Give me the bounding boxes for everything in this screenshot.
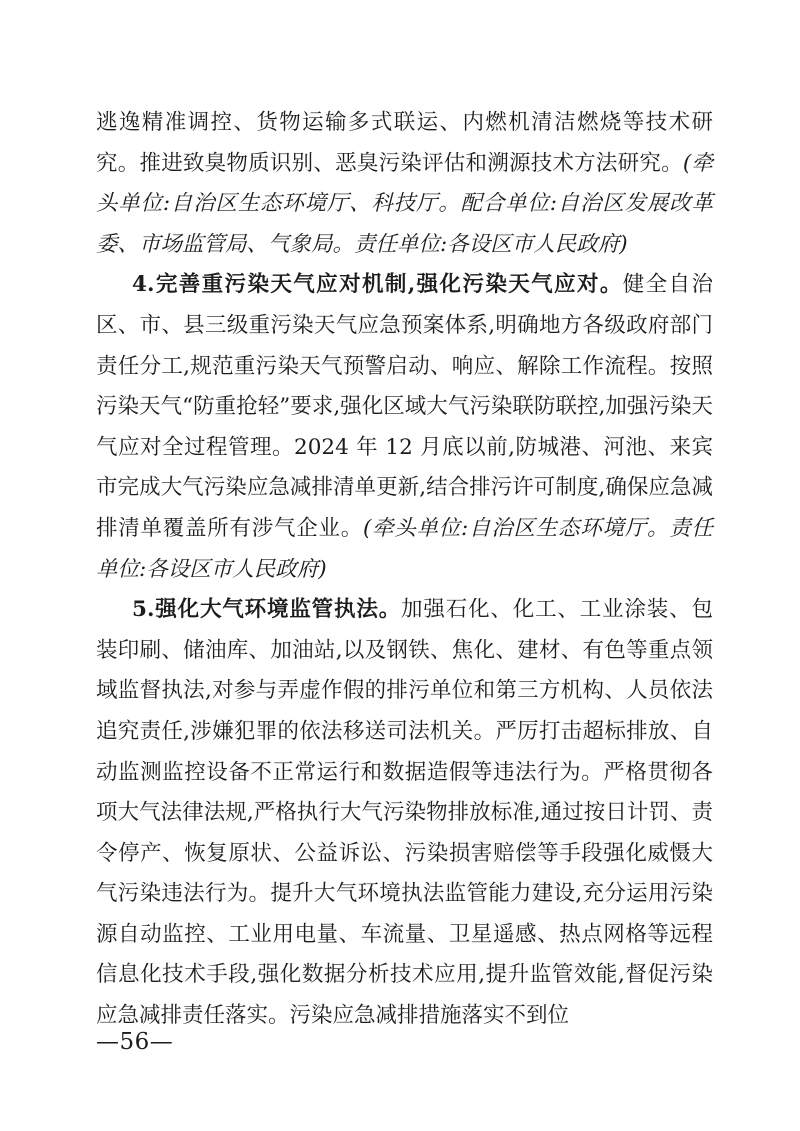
page-number: —56— <box>96 1029 173 1055</box>
document-body: 逃逸精准调控、货物运输多式联运、内燃机清洁燃烧等技术研究。推进致臭物质识别、恶臭… <box>96 103 713 1037</box>
text-segment-bold: 4.完善重污染天气应对机制,强化污染天气应对。 <box>132 272 623 297</box>
paragraph-item-5: 5.强化大气环境监管执法。加强石化、化工、工业涂装、包装印刷、储油库、加油站,以… <box>96 590 713 1037</box>
document-page: 逃逸精准调控、货物运输多式联运、内燃机清洁燃烧等技术研究。推进致臭物质识别、恶臭… <box>0 0 800 1131</box>
text-segment-bold: 5.强化大气环境监管执法。 <box>132 597 401 622</box>
text-segment-normal: 加强石化、化工、工业涂装、包装印刷、储油库、加油站,以及钢铁、焦化、建材、有色等… <box>96 597 713 1028</box>
paragraph-continuation: 逃逸精准调控、货物运输多式联运、内燃机清洁燃烧等技术研究。推进致臭物质识别、恶臭… <box>96 103 713 265</box>
paragraph-item-4: 4.完善重污染天气应对机制,强化污染天气应对。健全自治区、市、县三级重污染天气应… <box>96 265 713 590</box>
text-segment-normal: 健全自治区、市、县三级重污染天气应急预案体系,明确地方各级政府部门责任分工,规范… <box>96 272 713 541</box>
text-segment-normal: 逃逸精准调控、货物运输多式联运、内燃机清洁燃烧等技术研究。推进致臭物质识别、恶臭… <box>96 110 713 176</box>
